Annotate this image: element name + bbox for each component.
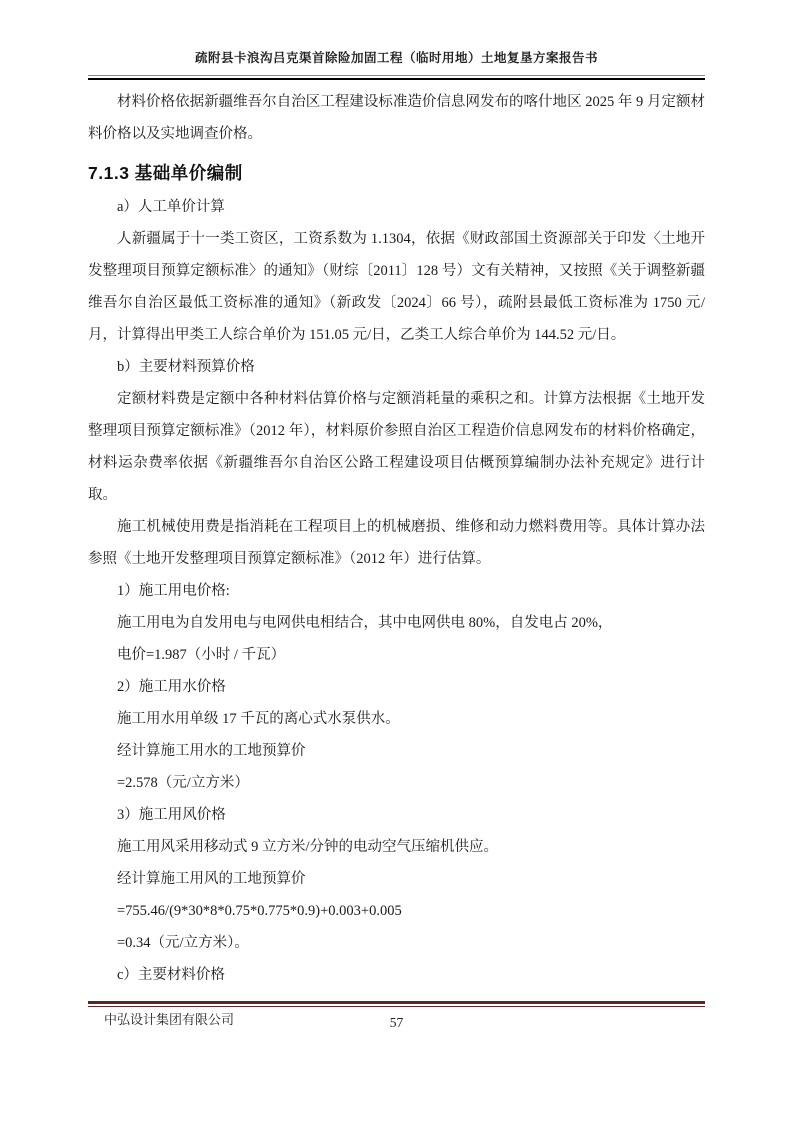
paragraph: 经计算施工用水的工地预算价 (88, 735, 705, 767)
header-rule (88, 75, 705, 80)
paragraph: =755.46/(9*30*8*0.75*0.775*0.9)+0.003+0.… (88, 895, 705, 927)
paragraph: a）人工单价计算 (88, 191, 705, 223)
paragraph: =0.34（元/立方米）。 (88, 927, 705, 959)
paragraph: 施工用电为自发用电与电网供电相结合，其中电网供电 80%，自发电占 20%， (88, 607, 705, 639)
footer-rule (88, 1001, 705, 1007)
footer-row: 中弘设计集团有限公司 57 (88, 1010, 705, 1030)
section-heading: 7.1.3 基础单价编制 (88, 155, 705, 191)
paragraph: 材料价格依据新疆维吾尔自治区工程建设标准造价信息网发布的喀什地区 2025 年 … (88, 86, 705, 150)
header-title: 疏附县卡浪沟吕克渠首除险加固工程（临时用地）土地复垦方案报告书 (88, 0, 705, 67)
paragraph: 人新疆属于十一类工资区，工资系数为 1.1304，依据《财政部国土资源部关于印发… (88, 223, 705, 351)
document-body: 材料价格依据新疆维吾尔自治区工程建设标准造价信息网发布的喀什地区 2025 年 … (88, 86, 705, 991)
paragraph: 定额材料费是定额中各种材料估算价格与定额消耗量的乘积之和。计算方法根据《土地开发… (88, 383, 705, 511)
paragraph: b）主要材料预算价格 (88, 351, 705, 383)
paragraph: 经计算施工用风的工地预算价 (88, 863, 705, 895)
paragraph: 2）施工用水价格 (88, 671, 705, 703)
page-number: 57 (390, 1013, 404, 1033)
paragraph: 施工机械使用费是指消耗在工程项目上的机械磨损、维修和动力燃料费用等。具体计算办法… (88, 511, 705, 575)
paragraph: =2.578（元/立方米） (88, 767, 705, 799)
document-page: 疏附县卡浪沟吕克渠首除险加固工程（临时用地）土地复垦方案报告书 材料价格依据新疆… (0, 0, 793, 1122)
paragraph: 电价=1.987（小时 / 千瓦） (88, 639, 705, 671)
page-footer: 中弘设计集团有限公司 57 (88, 1001, 705, 1030)
footer-company: 中弘设计集团有限公司 (88, 1012, 234, 1027)
paragraph: 3）施工用风价格 (88, 799, 705, 831)
page-header: 疏附县卡浪沟吕克渠首除险加固工程（临时用地）土地复垦方案报告书 (88, 0, 705, 80)
paragraph: 施工用风采用移动式 9 立方米/分钟的电动空气压缩机供应。 (88, 831, 705, 863)
paragraph: 1）施工用电价格: (88, 575, 705, 607)
paragraph: 施工用水用单级 17 千瓦的离心式水泵供水。 (88, 703, 705, 735)
paragraph: c）主要材料价格 (88, 959, 705, 991)
